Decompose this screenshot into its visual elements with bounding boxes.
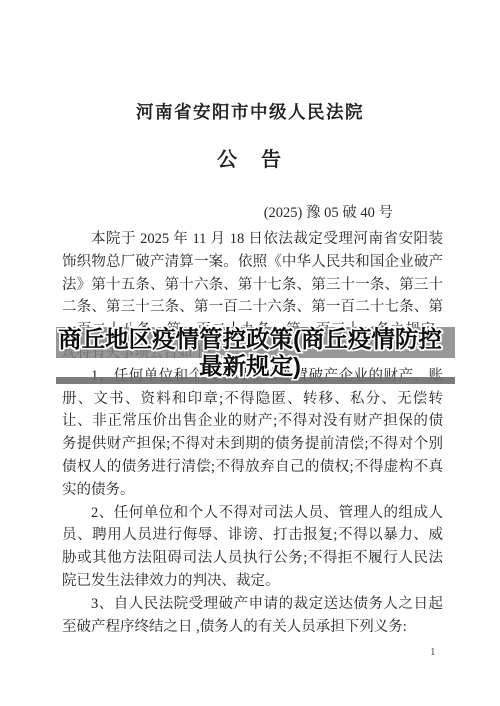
document-body: 本院于 2025 年 11 月 18 日依法裁定受理河南省安阳装饰织物总厂破产清…	[0, 222, 500, 638]
watermark-title: 商丘地区疫情管控政策(商丘疫情防控 最新规定)	[0, 326, 500, 379]
page-number: 1	[430, 646, 436, 658]
watermark-title-line1: 商丘地区疫情管控政策(商丘疫情防控	[0, 326, 500, 353]
court-name-heading: 河南省安阳市中级人民法院	[0, 99, 500, 124]
document-paragraph: 1、任何单位和个人不得非法处置破产企业的财产、账册、文书、资料和印章;不得隐匿、…	[62, 365, 443, 502]
document-type-heading: 公 告	[0, 143, 500, 172]
document-page: 河南省安阳市中级人民法院 公 告 (2025) 豫 05 破 40 号 本院于 …	[0, 0, 500, 706]
document-paragraph: 2、任何单位和个人不得对司法人员、管理人的组成人员、聘用人员进行侮辱、诽谤、打击…	[62, 502, 443, 593]
document-paragraph: 3、自人民法院受理破产申请的裁定送达债务人之日起至破产程序终结之日 ,债务人的有…	[62, 593, 443, 639]
watermark-title-line2: 最新规定)	[0, 353, 500, 380]
case-number: (2025) 豫 05 破 40 号	[0, 201, 393, 222]
